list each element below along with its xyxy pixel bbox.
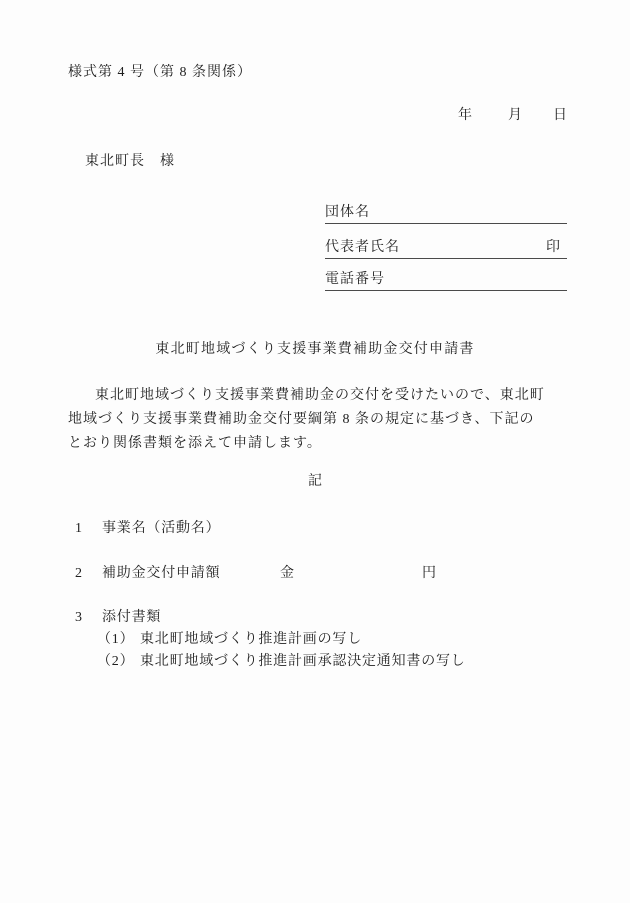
amount-suffix: 円 (422, 564, 437, 584)
addressee: 東北町長 様 (85, 152, 175, 172)
date-line: 年 月 日 (0, 106, 630, 126)
phone-number-field: 電話番号 (325, 270, 567, 291)
seal-mark: 印 (546, 238, 561, 258)
item-project-name: 1 事業名（活動名） (0, 519, 630, 539)
month-label: 月 (508, 106, 522, 126)
day-label: 日 (553, 106, 567, 126)
body-line-2: 地域づくり支援事業費補助金交付要綱第 8 条の規定に基づき、下記の (68, 408, 568, 432)
attachment-2-text: 東北町地域づくり推進計画承認決定通知書の写し (140, 652, 466, 672)
item-grant-amount: 2 補助金交付申請額 金 円 (0, 564, 630, 584)
item-2-label: 補助金交付申請額 (102, 564, 220, 584)
form-number: 様式第 4 号（第 8 条関係） (68, 63, 252, 83)
phone-number-label: 電話番号 (325, 272, 385, 287)
item-1-label: 事業名（活動名） (102, 519, 220, 539)
attachment-2-number: （2） (97, 652, 134, 672)
attachment-1-text: 東北町地域づくり推進計画の写し (140, 630, 362, 650)
item-3-label: 添付書類 (102, 608, 161, 628)
amount-prefix: 金 (280, 564, 295, 584)
year-label: 年 (458, 106, 472, 126)
attachment-1-number: （1） (97, 630, 134, 650)
org-name-label: 団体名 (325, 205, 370, 220)
record-marker: 記 (0, 472, 630, 492)
body-paragraph: 東北町地域づくり支援事業費補助金の交付を受けたいので、東北町 地域づくり支援事業… (68, 384, 568, 456)
item-attachments: 3 添付書類 (0, 608, 630, 628)
attachment-2: （2） 東北町地域づくり推進計画承認決定通知書の写し (0, 652, 630, 672)
representative-name-label: 代表者氏名 (325, 240, 400, 255)
item-3-number: 3 (75, 608, 83, 628)
attachment-1: （1） 東北町地域づくり推進計画の写し (0, 630, 630, 650)
org-name-field: 団体名 (325, 203, 567, 224)
document-title: 東北町地域づくり支援事業費補助金交付申請書 (0, 340, 630, 360)
item-2-number: 2 (75, 564, 83, 584)
application-form-page: 様式第 4 号（第 8 条関係） 年 月 日 東北町長 様 団体名 代表者氏名 … (0, 0, 630, 903)
item-1-number: 1 (75, 519, 83, 539)
representative-name-field: 代表者氏名 印 (325, 238, 567, 259)
body-line-3: とおり関係書類を添えて申請します。 (68, 432, 568, 456)
body-line-1: 東北町地域づくり支援事業費補助金の交付を受けたいので、東北町 (68, 384, 568, 408)
